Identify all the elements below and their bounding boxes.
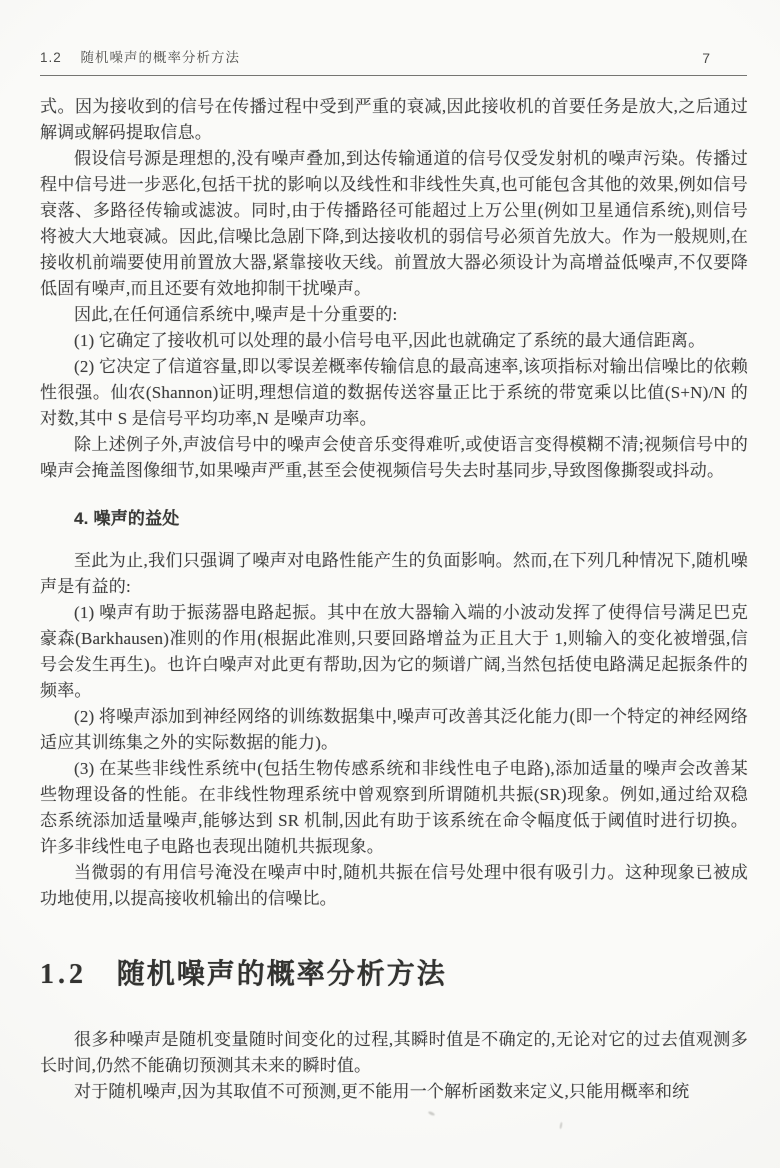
list-item-paragraph: (2) 将噪声添加到神经网络的训练数据集中,噪声可改善其泛化能力(即一个特定的神… <box>40 704 748 756</box>
body-paragraph: 因此,在任何通信系统中,噪声是十分重要的: <box>40 302 748 328</box>
book-page: 1.2 随机噪声的概率分析方法 7 式。因为接收到的信号在传播过程中受到严重的衰… <box>0 0 780 1168</box>
body-paragraph: 当微弱的有用信号淹没在噪声中时,随机共振在信号处理中很有吸引力。这种现象已被成功… <box>40 860 748 912</box>
running-header: 1.2 随机噪声的概率分析方法 7 <box>40 0 747 76</box>
section-number: 1.2 <box>40 959 87 990</box>
body-paragraph: 对于随机噪声,因为其取值不可预测,更不能用一个解析函数来定义,只能用概率和统 <box>40 1079 748 1105</box>
list-item-paragraph: (1) 它确定了接收机可以处理的最小信号电平,因此也就确定了系统的最大通信距离。 <box>40 328 748 354</box>
page-body: 式。因为接收到的信号在传播过程中受到严重的衰减,因此接收机的首要任务是放大,之后… <box>40 94 748 1105</box>
running-header-section-number: 1.2 <box>40 50 62 65</box>
scan-speck <box>559 1122 562 1129</box>
subsection-heading: 4. 噪声的益处 <box>40 506 748 532</box>
list-item-paragraph: (1) 噪声有助于振荡器电路起振。其中在放大器输入端的小波动发挥了使得信号满足巴… <box>40 600 748 704</box>
body-paragraph: 很多种噪声是随机变量随时间变化的过程,其瞬时值是不确定的,无论对它的过去值观测多… <box>40 1027 748 1079</box>
list-item-paragraph: (2) 它决定了信道容量,即以零误差概率传输信息的最高速率,该项指标对输出信噪比… <box>40 354 748 432</box>
list-item-paragraph: (3) 在某些非线性系统中(包括生物传感系统和非线性电子电路),添加适量的噪声会… <box>40 756 748 860</box>
body-paragraph: 除上述例子外,声波信号中的噪声会使音乐变得难听,或使语言变得模糊不清;视频信号中… <box>40 432 748 484</box>
scan-speck <box>428 1111 436 1117</box>
section-title: 随机噪声的概率分析方法 <box>117 958 447 989</box>
body-paragraph: 式。因为接收到的信号在传播过程中受到严重的衰减,因此接收机的首要任务是放大,之后… <box>40 94 748 146</box>
section-heading: 1.2 随机噪声的概率分析方法 <box>40 956 748 993</box>
page-number: 7 <box>702 50 711 66</box>
running-header-section: 1.2 随机噪声的概率分析方法 <box>40 46 240 66</box>
body-paragraph: 至此为止,我们只强调了噪声对电路性能产生的负面影响。然而,在下列几种情况下,随机… <box>40 548 748 600</box>
body-paragraph: 假设信号源是理想的,没有噪声叠加,到达传输通道的信号仅受发射机的噪声污染。传播过… <box>40 146 748 302</box>
running-header-section-title: 随机噪声的概率分析方法 <box>81 50 241 65</box>
